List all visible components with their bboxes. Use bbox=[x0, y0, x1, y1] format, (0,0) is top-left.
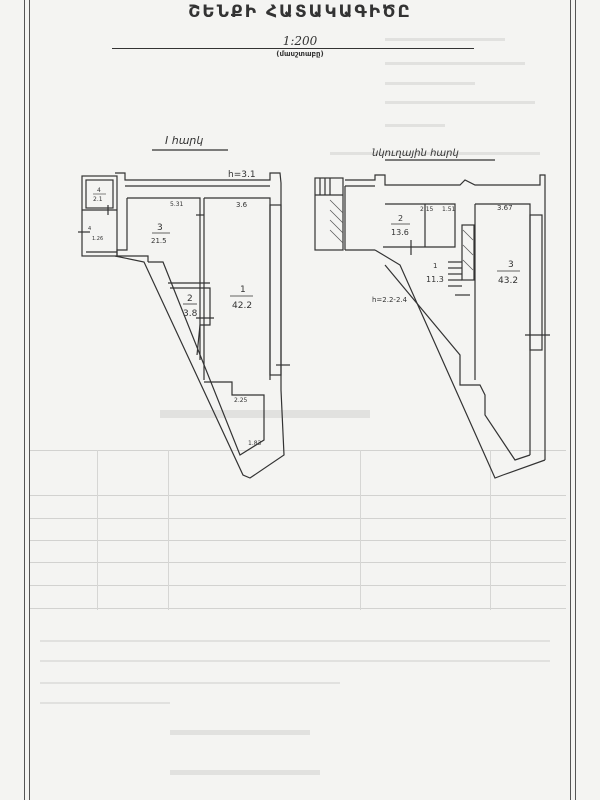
room-1-label: 1 42.2 bbox=[230, 285, 253, 311]
basement-room-1-label: 1 11.3 bbox=[426, 262, 444, 284]
basement-room-2-label: 2 13.6 bbox=[391, 214, 410, 237]
floor-plans-drawing: I հարկ h=3.1 5.31 3.6 2.25 1.83 1 42.2 2… bbox=[0, 0, 600, 800]
dimension-label: 1.83 bbox=[248, 440, 262, 447]
room-2-label: 2 3.8 bbox=[183, 294, 198, 319]
svg-text:2: 2 bbox=[187, 294, 193, 304]
dimension-label: 2.25 bbox=[234, 397, 248, 404]
svg-text:1: 1 bbox=[240, 285, 246, 295]
dimension-label: 2.15 bbox=[420, 206, 434, 213]
room-4-label: 4 2.1 bbox=[93, 187, 106, 203]
svg-text:1: 1 bbox=[433, 262, 437, 270]
svg-text:42.2: 42.2 bbox=[232, 301, 252, 311]
svg-text:11.3: 11.3 bbox=[426, 275, 444, 284]
svg-text:3.8: 3.8 bbox=[183, 309, 198, 319]
svg-text:21.5: 21.5 bbox=[151, 237, 167, 245]
svg-text:3: 3 bbox=[508, 260, 514, 270]
basement-ceiling-height: h=2.2-2.4 bbox=[372, 296, 408, 304]
svg-text:4: 4 bbox=[97, 187, 101, 194]
svg-text:4: 4 bbox=[88, 226, 91, 232]
basement-label: նկուղային հարկ bbox=[372, 148, 459, 159]
room-5-label: 4 1.26 bbox=[88, 226, 103, 242]
svg-text:2.1: 2.1 bbox=[93, 196, 103, 203]
document-page: ՇԵՆՔԻ ՀԱՏԱԿԱԳԻԾԸ 1:200 (մասշտաբը) bbox=[0, 0, 600, 800]
dimension-label: 5.31 bbox=[170, 201, 184, 208]
dimension-label: 1.51 bbox=[442, 206, 456, 213]
dimension-label: 3.67 bbox=[497, 204, 513, 212]
svg-text:3: 3 bbox=[157, 223, 163, 233]
basement-room-3-label: 3 43.2 bbox=[497, 260, 520, 286]
svg-text:43.2: 43.2 bbox=[498, 276, 518, 286]
first-floor-ceiling-height: h=3.1 bbox=[228, 170, 256, 180]
svg-text:13.6: 13.6 bbox=[391, 228, 409, 237]
dimension-label: 3.6 bbox=[236, 201, 248, 209]
svg-text:2: 2 bbox=[398, 214, 403, 223]
room-3-label: 3 21.5 bbox=[151, 223, 170, 245]
svg-text:1.26: 1.26 bbox=[92, 236, 103, 242]
first-floor-label: I հարկ bbox=[165, 134, 203, 147]
